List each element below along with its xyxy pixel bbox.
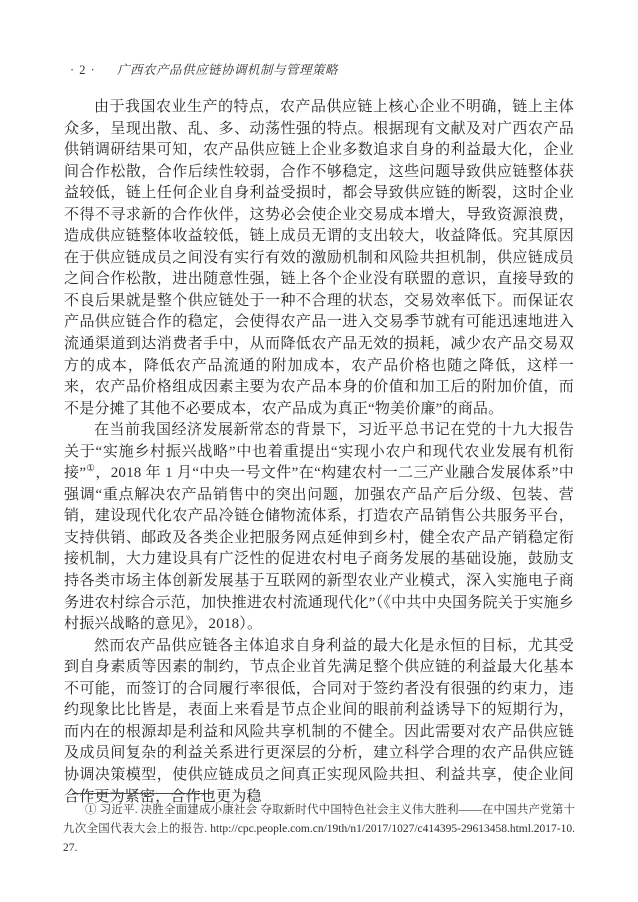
paragraph-2-continued: ，2018 年 1 月“中央一号文件”在“构建农村一二三产业融合发展体系”中强调… bbox=[64, 465, 574, 632]
paragraph-1: 由于我国农业生产的特点，农产品供应链上核心企业不明确，链上主体众多，呈现出散、乱… bbox=[64, 97, 574, 420]
running-title: 广西农产品供应链协调机制与管理策略 bbox=[117, 63, 338, 77]
body-text: 由于我国农业生产的特点，农产品供应链上核心企业不明确，链上主体众多，呈现出散、乱… bbox=[64, 97, 574, 808]
page-number: · 2 · bbox=[70, 63, 96, 77]
footnote-separator-rule bbox=[72, 793, 213, 794]
paragraph-2: 在当前我国经济发展新常态的背景下，习近平总书记在党的十九大报告关于“实施乡村振兴… bbox=[64, 420, 574, 635]
page-header: · 2 · 广西农产品供应链协调机制与管理策略 bbox=[70, 62, 338, 78]
footnote-reference-mark: ① bbox=[86, 464, 95, 474]
footnote: ① 习近平. 决胜全面建成小康社会 夺取新时代中国特色社会主义伟大胜利——在中国… bbox=[63, 801, 575, 858]
footnote-text: 习近平. 决胜全面建成小康社会 夺取新时代中国特色社会主义伟大胜利——在中国共产… bbox=[63, 804, 575, 854]
paragraph-3: 然而农产品供应链各主体追求自身利益的最大化是永恒的目标，尤其受到自身素质等因素的… bbox=[64, 636, 574, 808]
document-page: · 2 · 广西农产品供应链协调机制与管理策略 由于我国农业生产的特点，农产品供… bbox=[0, 0, 638, 902]
footnote-marker: ① bbox=[85, 804, 97, 816]
footnote-area: ① 习近平. 决胜全面建成小康社会 夺取新时代中国特色社会主义伟大胜利——在中国… bbox=[63, 801, 575, 858]
